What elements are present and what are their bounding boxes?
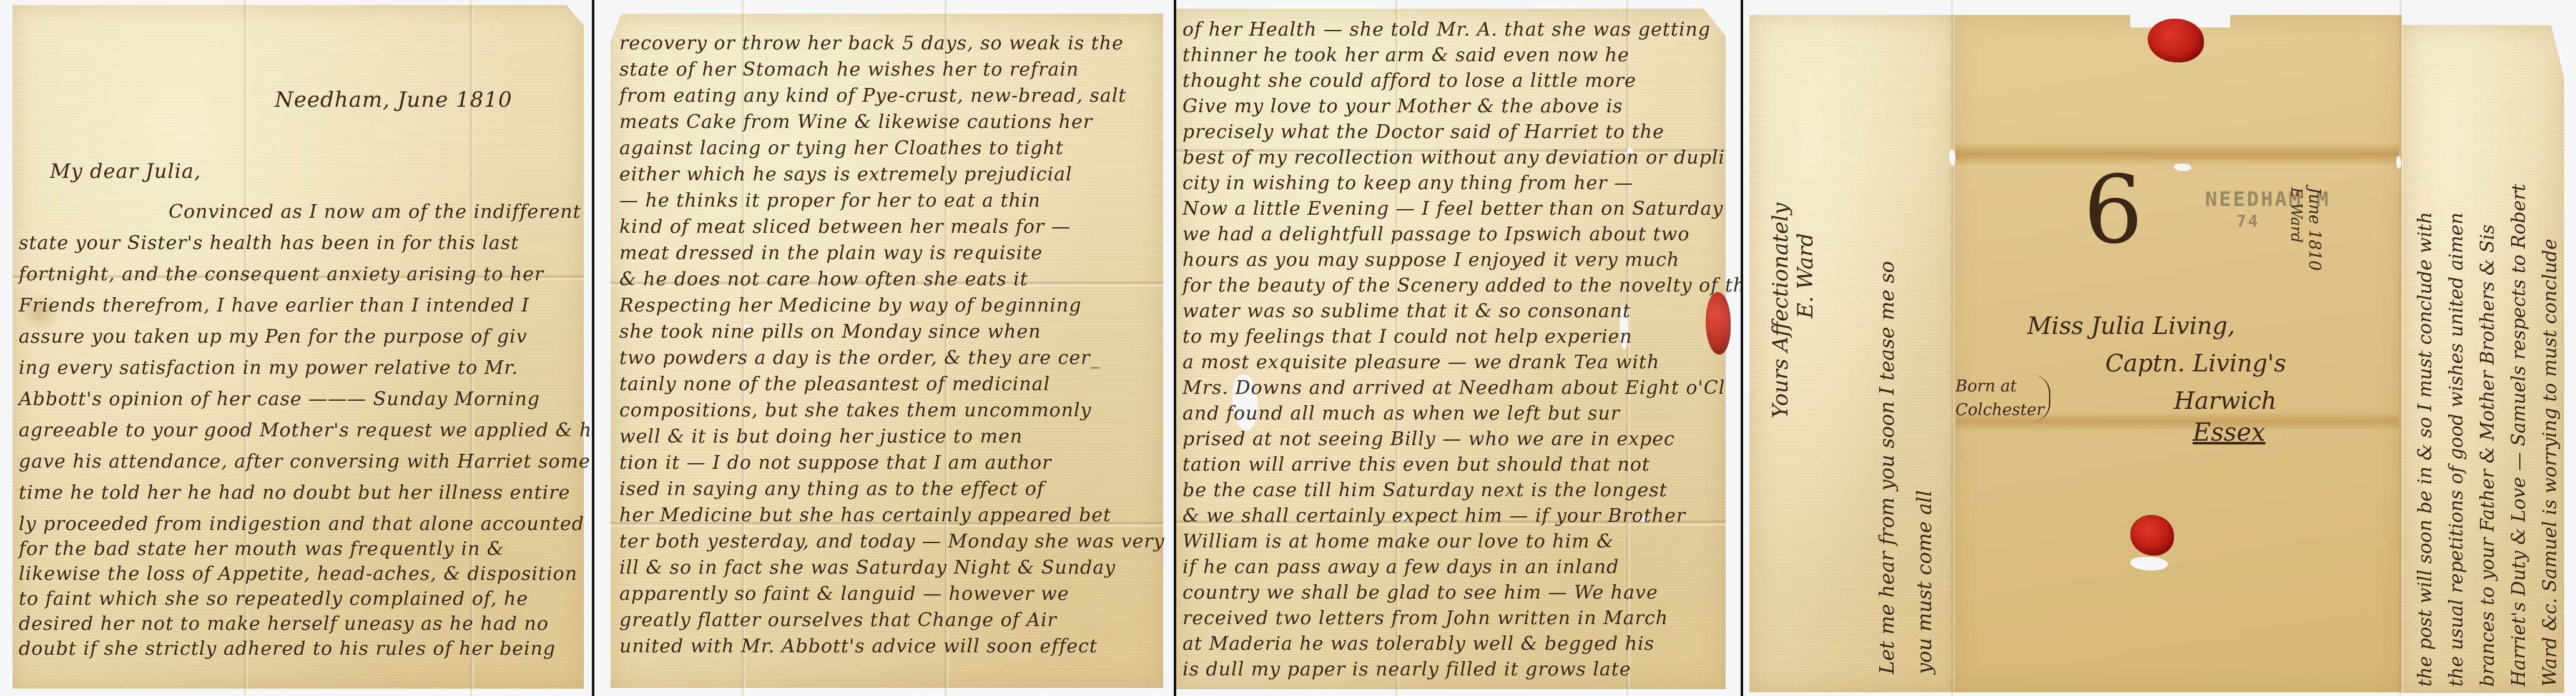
- handwritten-line: Give my love to your Mother & the above …: [1182, 96, 1623, 117]
- handwritten-line: & he does not care how often she eats it: [619, 268, 1028, 290]
- handwritten-line: received two letters from John written i…: [1182, 607, 1668, 629]
- handwritten-line: to my feelings that I could not help exp…: [1182, 326, 1633, 348]
- handwritten-line: greatly flatter ourselves that Change of…: [619, 609, 1057, 631]
- postscript-line: the post will soon be in & so I must con…: [2410, 184, 2441, 687]
- place-date-heading: Needham, June 1810: [275, 87, 513, 112]
- handwritten-line: water was so sublime that it & so conson…: [1182, 300, 1631, 322]
- postscript-line: the usual repetitions of good wishes uni…: [2441, 184, 2472, 687]
- closing: Yours Affectionately: [1768, 203, 1793, 418]
- paper-hole: [2174, 164, 2191, 171]
- handwritten-line: kind of meat sliced between her meals fo…: [619, 216, 1071, 238]
- handwritten-line: either which he says is extremely prejud…: [619, 164, 1073, 185]
- county: Essex: [2193, 418, 2265, 447]
- postage-due-numeral: 6: [2083, 156, 2143, 265]
- handwritten-line: Friends therefrom, I have earlier than I…: [19, 295, 529, 316]
- handwritten-line: ing every satisfaction in my power relat…: [19, 357, 518, 379]
- postscript-line: brances to your Father & Mother Brothers…: [2472, 184, 2504, 687]
- handwritten-line: country we shall be glad to see him — We…: [1182, 582, 1658, 604]
- postscript-line: Ward &c. Samuel is worrying to must conc…: [2535, 184, 2566, 687]
- signature: E. Ward: [1793, 203, 1818, 318]
- postscript: Let me hear from you soon I tease me so …: [1868, 261, 1943, 674]
- handwritten-line: her Medicine but she has certainly appea…: [619, 504, 1111, 526]
- handwritten-line: to faint which she so repeatedly complai…: [19, 588, 528, 610]
- handwritten-line: prised at not seeing Billy — who we are …: [1182, 428, 1675, 450]
- handwritten-line: she took nine pills on Monday since when: [619, 321, 1041, 343]
- handwritten-line: against lacing or tying her Cloathes to …: [619, 137, 1064, 159]
- care-of-line: Captn. Living's: [2105, 350, 2286, 377]
- wax-seal-bottom: [2130, 515, 2174, 556]
- handwritten-line: desired her not to make herself uneasy a…: [19, 613, 549, 635]
- right-flap-postscript: the post will soon be in & so I must con…: [2410, 184, 2566, 687]
- handwritten-line: likewise the loss of Appetite, head-ache…: [19, 563, 578, 585]
- handwritten-line: Respecting her Medicine by way of beginn…: [619, 295, 1081, 316]
- fold-crease: [2399, 0, 2404, 696]
- handwritten-line: apparently so faint & languid — however …: [619, 583, 1069, 605]
- handwritten-line: meat dressed in the plain way is requisi…: [619, 242, 1043, 264]
- handwritten-line: fortnight, and the consequent anxiety ar…: [19, 263, 544, 285]
- handwritten-line: tation will arrive this even but should …: [1182, 454, 1650, 476]
- handwritten-line: if he can pass away a few days in an inl…: [1182, 556, 1619, 578]
- postscript-line: Harriet's Duty & Love — Samuels respects…: [2504, 184, 2535, 687]
- handwritten-line: city in wishing to keep any thing from h…: [1182, 172, 1633, 194]
- handwritten-line: a most exquisite pleasure — we drank Tea…: [1182, 351, 1659, 373]
- handwritten-line: time he told her he had no doubt but her…: [19, 482, 570, 504]
- town: Harwich: [2174, 387, 2276, 414]
- paper-hole: [2396, 156, 2401, 169]
- handwritten-line: at Maderia he was tolerably well & begge…: [1182, 633, 1654, 655]
- handwritten-line: from eating any kind of Pye-crust, new-b…: [619, 85, 1126, 107]
- handwritten-line: tion it — I do not suppose that I am aut…: [619, 452, 1051, 474]
- handwritten-line: agreeable to your good Mother's request …: [19, 419, 592, 441]
- handwritten-line: ised in saying any thing as to the effec…: [619, 478, 1045, 500]
- handwritten-line: tainly none of the pleasantest of medici…: [619, 373, 1050, 395]
- handwritten-line: William is at home make our love to him …: [1182, 531, 1614, 552]
- handwritten-line: be the case till him Saturday next is th…: [1182, 479, 1668, 501]
- handwritten-line: of her Health — she told Mr. A. that she…: [1182, 19, 1711, 41]
- handwritten-line: for the beauty of the Scenery added to t…: [1182, 275, 1741, 297]
- handwritten-line: recovery or throw her back 5 days, so we…: [619, 32, 1124, 54]
- handwritten-line: Mrs. Downs and arrived at Needham about …: [1182, 377, 1725, 399]
- postscript-line: you must come all: [1905, 261, 1943, 674]
- letter-page-1: Needham, June 1810 My dear Julia, Convin…: [0, 0, 592, 696]
- handwritten-line: ill & so in fact she was Saturday Night …: [619, 557, 1116, 579]
- handwritten-line: meats Cake from Wine & likewise cautions…: [619, 111, 1093, 133]
- handwritten-line: Convinced as I now am of the indifferent: [169, 201, 581, 223]
- handwritten-line: for the bad state her mouth was frequent…: [19, 538, 504, 560]
- closing-signature: Yours Affectionately E. Ward: [1768, 203, 1818, 431]
- handwritten-line: assure you taken up my Pen for the purpo…: [19, 326, 528, 348]
- handwritten-line: is dull my paper is nearly filled it gro…: [1182, 659, 1631, 680]
- handwritten-line: compositions, but she takes them uncommo…: [619, 399, 1091, 421]
- handwritten-line: — he thinks it proper for her to eat a t…: [619, 190, 1041, 212]
- handwritten-line: & we shall certainly expect him — if you…: [1182, 505, 1686, 527]
- handwritten-line: gave his attendance, after conversing wi…: [19, 451, 591, 473]
- handwritten-line: ly proceeded from indigestion and that a…: [19, 513, 584, 535]
- handwritten-line: hours as you may suppose I enjoyed it ve…: [1182, 249, 1679, 271]
- fold-crease: [1950, 0, 1955, 696]
- paper-hole: [1949, 150, 1955, 166]
- side-note: Born at Colchester: [1955, 375, 2050, 422]
- fold-crease-stained: [1955, 142, 2399, 166]
- docket-note: June 1810 E Ward: [2288, 187, 2324, 271]
- salutation: My dear Julia,: [50, 159, 201, 183]
- handwritten-line: and found all much as when we left but s…: [1182, 403, 1620, 424]
- letter-page-3: of her Health — she told Mr. A. that she…: [1176, 0, 1741, 696]
- handwritten-line: well & it is but doing her justice to me…: [619, 426, 1023, 448]
- handwritten-line: state your Sister's health has been in f…: [19, 232, 519, 254]
- handwritten-line: Abbott's opinion of her case ——— Sunday …: [19, 388, 540, 410]
- handwritten-line: we had a delightfull passage to Ipswich …: [1182, 223, 1689, 245]
- handwritten-line: united with Mr. Abbott's advice will soo…: [619, 635, 1098, 657]
- handwritten-line: Now a little Evening — I feel better tha…: [1182, 198, 1723, 220]
- wax-seal-fragment: [1706, 292, 1731, 355]
- handwritten-line: best of my recollection without any devi…: [1182, 147, 1725, 169]
- handwritten-line: thought she could afford to lose a littl…: [1182, 70, 1636, 92]
- handwritten-line: state of her Stomach he wishes her to re…: [619, 59, 1079, 81]
- handwritten-line: two powders a day is the order, & they a…: [619, 347, 1100, 369]
- postscript-line: Let me hear from you soon I tease me so: [1868, 261, 1905, 674]
- letter-cover-address-side: 6 NEEDHAM M 74 Miss Julia Living, Captn.…: [1743, 0, 2576, 696]
- handwritten-line: doubt if she strictly adhered to his rul…: [19, 638, 556, 660]
- postmark-sub: 74: [2236, 212, 2259, 231]
- letter-page-2: recovery or throw her back 5 days, so we…: [594, 0, 1174, 696]
- docket-line: June 1810: [2305, 187, 2324, 271]
- handwritten-line: precisely what the Doctor said of Harrie…: [1182, 121, 1664, 143]
- handwritten-line: thinner he took her arm & said even now …: [1182, 44, 1630, 66]
- handwritten-line: ter both yesterday, and today — Monday s…: [619, 531, 1165, 552]
- recipient-name: Miss Julia Living,: [2027, 312, 2235, 340]
- docket-line: E Ward: [2288, 187, 2305, 271]
